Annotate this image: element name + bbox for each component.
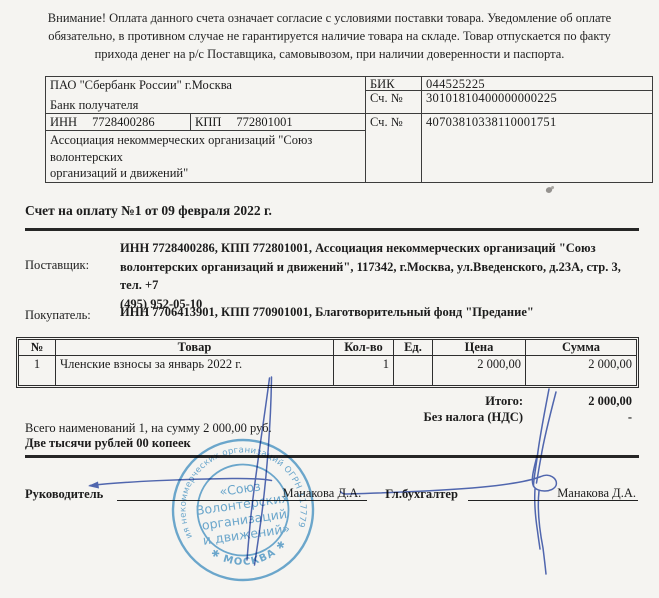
accountant-label: Гл.бухгалтер (385, 487, 468, 501)
items-table: № Товар Кол-во Ед. Цена Сумма 1 Членские… (18, 339, 637, 386)
row-qty: 1 (334, 356, 394, 385)
row-price: 2 000,00 (433, 356, 526, 385)
accountant-signature-line: Манакова Д.А. (468, 486, 638, 501)
summary-line: Всего наименований 1, на сумму 2 000,00 … (25, 421, 272, 436)
payment-notice: Внимание! Оплата данного счета означает … (40, 9, 619, 63)
row-product: Членские взносы за январь 2022 г. (56, 356, 334, 385)
accountant-name: Манакова Д.А. (557, 486, 636, 500)
director-label: Руководитель (25, 487, 117, 501)
bank-cell: ПАО "Сбербанк России" г.Москва Банк полу… (46, 77, 366, 114)
totals-block: Итого: 2 000,00 Без налога (НДС) - (349, 395, 632, 426)
kpp-value: 772801001 (236, 115, 292, 129)
supplier-details: ИНН 7728400286, КПП 772801001, Ассоциаци… (120, 239, 645, 313)
supplier-label: Поставщик: (25, 258, 89, 273)
invoice-title: Счет на оплату №1 от 09 февраля 2022 г. (25, 203, 272, 219)
total-label: Итого: (349, 395, 523, 409)
kpp-cell: КПП772801001 (191, 114, 366, 131)
vat-value: - (523, 411, 632, 425)
pen-stroke-right-tail-2 (538, 491, 546, 574)
inn-cell: ИНН7728400286 (46, 114, 191, 131)
corr-account-label: Сч. № (366, 91, 422, 114)
divider-top (25, 228, 639, 231)
notice-line: Внимание! Оплата данного счета означает … (40, 9, 619, 27)
scan-speck (545, 186, 553, 194)
recipient-name: Ассоциация некоммерческих организаций "С… (50, 132, 361, 182)
invoice-scan-page: Внимание! Оплата данного счета означает … (0, 0, 659, 598)
corr-account-value: 30101810400000000225 (422, 91, 652, 114)
bank-requisites-table: ПАО "Сбербанк России" г.Москва Банк полу… (45, 76, 653, 183)
row-number: 1 (19, 356, 56, 385)
bank-label: Банк получателя (50, 98, 361, 112)
row-sum: 2 000,00 (526, 356, 636, 385)
divider-bottom (25, 455, 639, 458)
recipient-label: Получатель (50, 182, 361, 183)
bank-name: ПАО "Сбербанк России" г.Москва (50, 78, 361, 92)
inn-label: ИНН (50, 115, 77, 129)
col-header-sum: Сумма (526, 340, 636, 356)
account-value: 40703810338110001751 (422, 114, 652, 182)
col-header-product: Товар (56, 340, 334, 356)
buyer-details: ИНН 7706413901, КПП 770901001, Благотвор… (120, 303, 645, 321)
col-header-unit: Ед. (394, 340, 433, 356)
account-label: Сч. № (366, 114, 422, 182)
signatures-row: Руководитель Манакова Д.А. Гл.бухгалтер … (25, 487, 638, 501)
org-stamp: Ассоциация некоммерческих организаций ОГ… (168, 435, 318, 585)
vat-label: Без налога (НДС) (349, 411, 523, 425)
row-unit (394, 356, 433, 385)
col-header-qty: Кол-во (334, 340, 394, 356)
notice-line: прихода денег на р/с Поставщика, самовыв… (40, 45, 619, 63)
col-header-number: № (19, 340, 56, 356)
notice-line: обязательно, в противном случае не гаран… (40, 27, 619, 45)
kpp-label: КПП (195, 115, 221, 129)
bik-value: 044525225 (422, 77, 652, 91)
col-header-price: Цена (433, 340, 526, 356)
amount-in-words: Две тысячи рублей 00 копеек (25, 436, 191, 451)
bik-label: БИК (366, 77, 422, 91)
recipient-cell: Ассоциация некоммерческих организаций "С… (46, 131, 366, 182)
inn-value: 7728400286 (92, 115, 155, 129)
stamp-center-text: «Союз Волонтерских организаций и движени… (193, 475, 295, 549)
buyer-label: Покупатель: (25, 308, 91, 323)
total-value: 2 000,00 (523, 395, 632, 409)
